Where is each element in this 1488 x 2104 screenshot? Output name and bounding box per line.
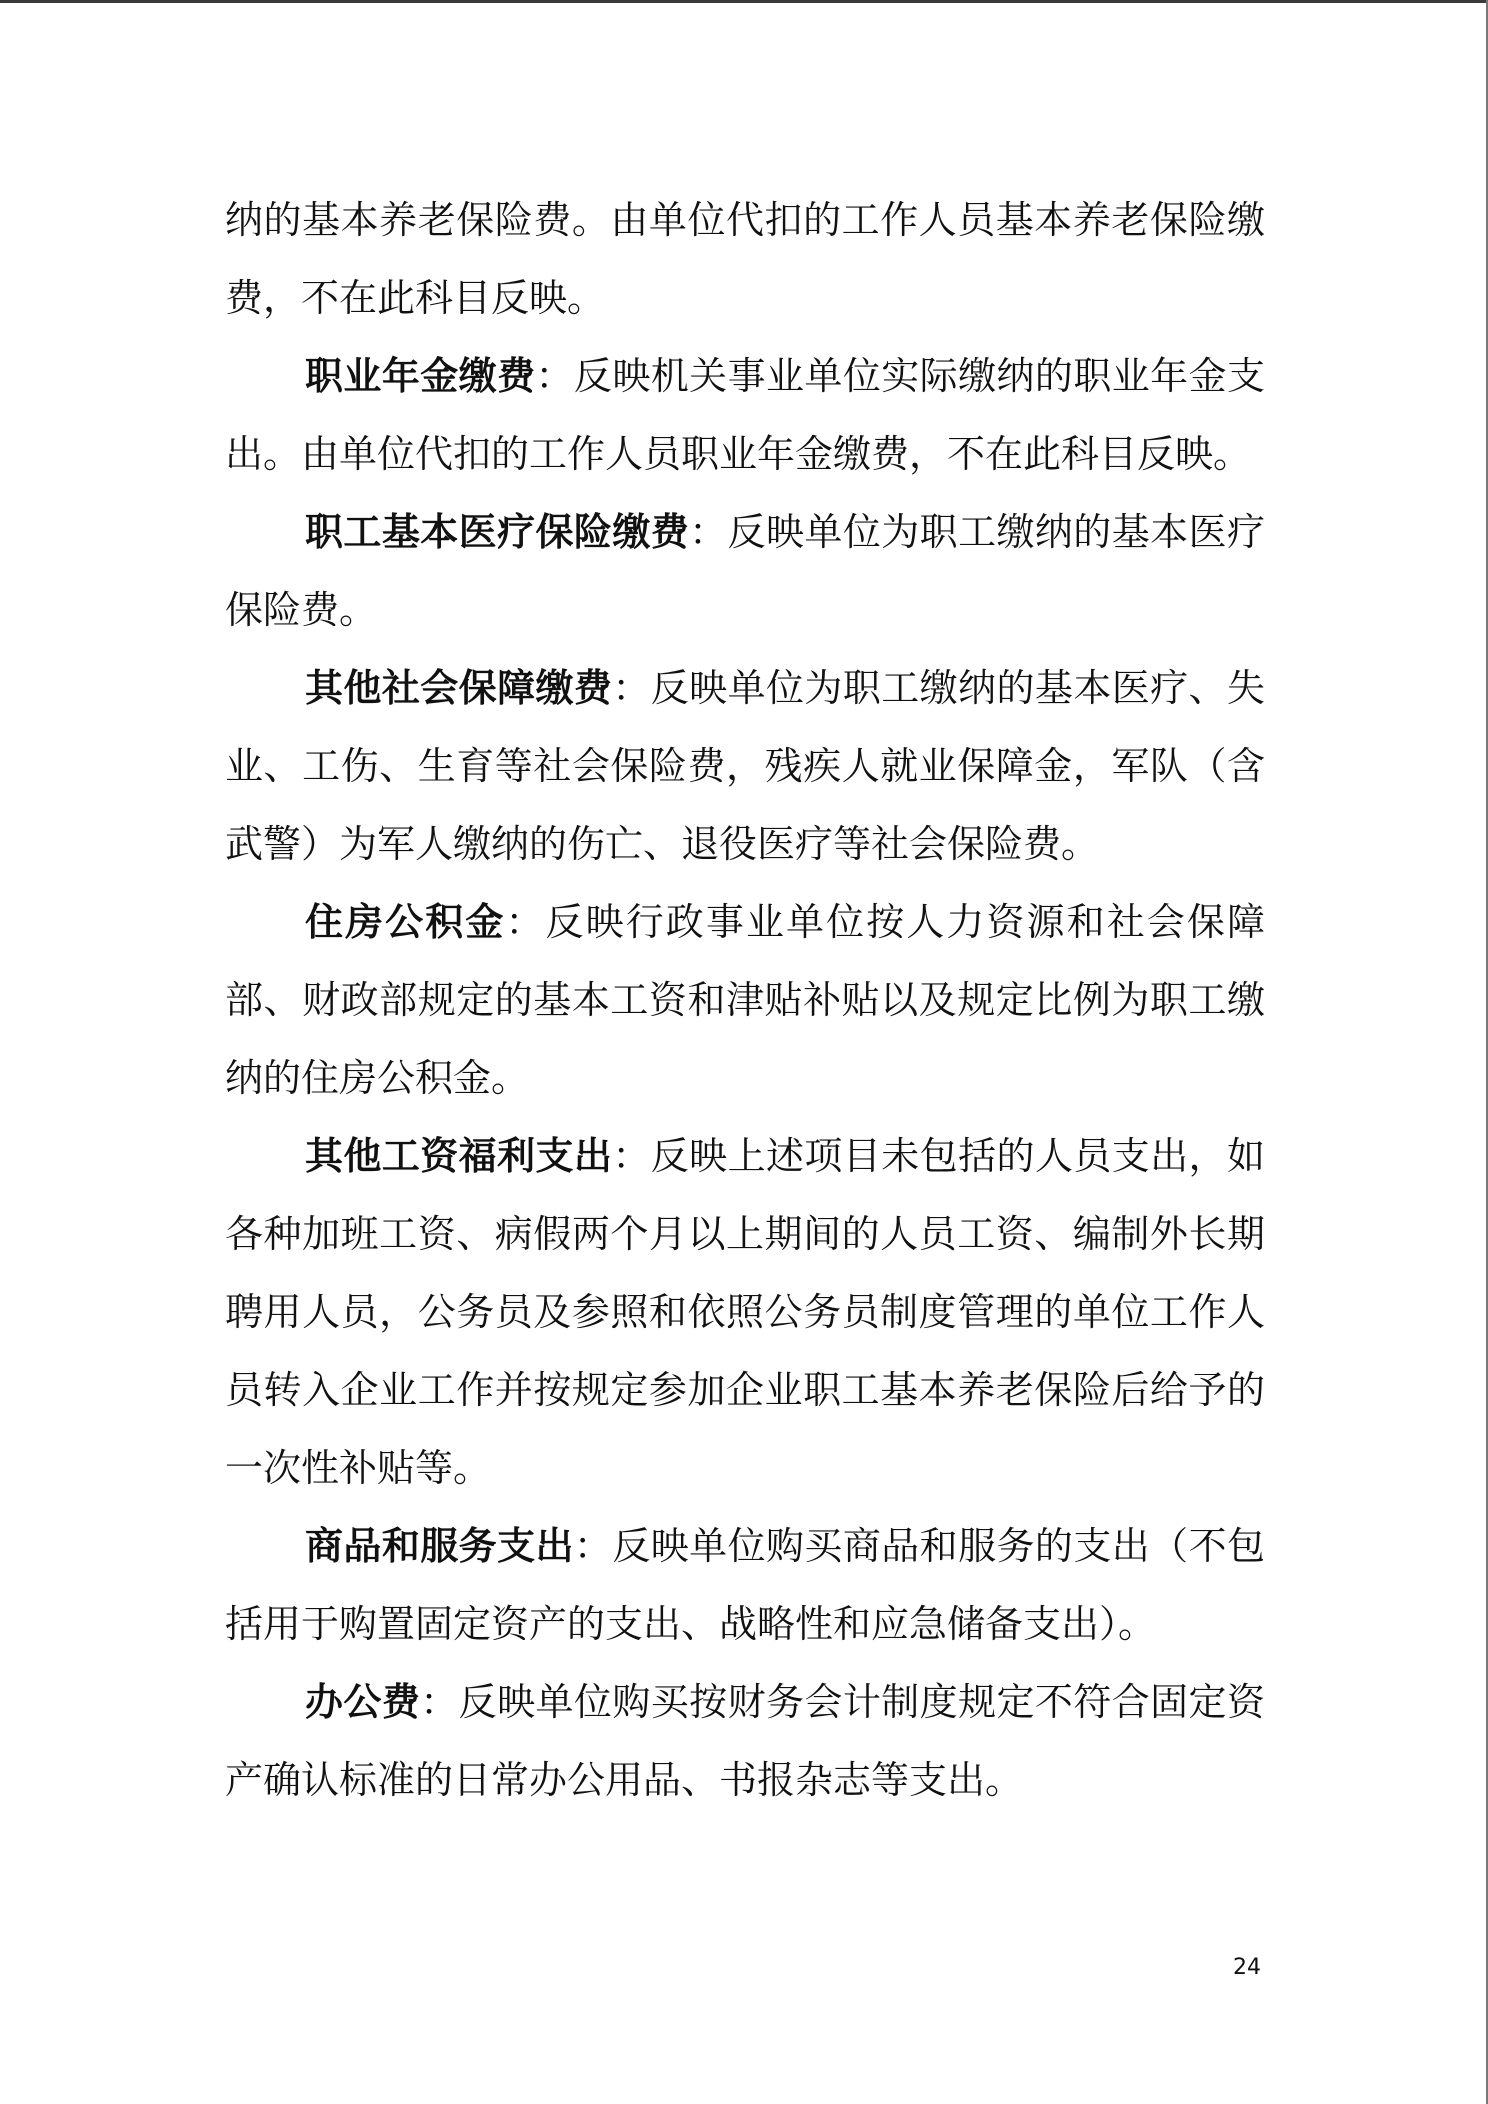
paragraph-housing-fund: 住房公积金：反映行政事业单位按人力资源和社会保障部、财政部规定的基本工资和津贴补… — [225, 883, 1265, 1117]
page-number: 24 — [1233, 1955, 1261, 1980]
paragraph-text: ：反映上述项目未包括的人员支出，如各种加班工资、病假两个月以上期间的人员工资、编… — [225, 1134, 1265, 1490]
term-heading: 办公费 — [305, 1680, 420, 1724]
term-heading: 住房公积金 — [305, 900, 505, 944]
paragraph-other-wage-welfare: 其他工资福利支出：反映上述项目未包括的人员支出，如各种加班工资、病假两个月以上期… — [225, 1117, 1265, 1507]
document-body: 纳的基本养老保险费。由单位代扣的工作人员基本养老保险缴费，不在此科目反映。 职业… — [225, 181, 1265, 1819]
term-heading: 其他工资福利支出 — [305, 1134, 612, 1178]
term-heading: 职业年金缴费 — [305, 354, 536, 398]
paragraph-office-expenses: 办公费：反映单位购买按财务会计制度规定不符合固定资产确认标准的日常办公用品、书报… — [225, 1663, 1265, 1819]
term-heading: 其他社会保障缴费 — [305, 666, 612, 710]
term-heading: 职工基本医疗保险缴费 — [305, 510, 689, 554]
paragraph-text: 纳的基本养老保险费。由单位代扣的工作人员基本养老保险缴费，不在此科目反映。 — [225, 198, 1265, 320]
page-top-border — [0, 0, 1488, 3]
paragraph-goods-services: 商品和服务支出：反映单位购买商品和服务的支出（不包括用于购置固定资产的支出、战略… — [225, 1507, 1265, 1663]
term-heading: 商品和服务支出 — [305, 1524, 574, 1568]
paragraph-other-social-security: 其他社会保障缴费：反映单位为职工缴纳的基本医疗、失业、工伤、生育等社会保险费，残… — [225, 649, 1265, 883]
paragraph-medical-insurance: 职工基本医疗保险缴费：反映单位为职工缴纳的基本医疗保险费。 — [225, 493, 1265, 649]
paragraph-continuation: 纳的基本养老保险费。由单位代扣的工作人员基本养老保险缴费，不在此科目反映。 — [225, 181, 1265, 337]
paragraph-occupational-annuity: 职业年金缴费：反映机关事业单位实际缴纳的职业年金支出。由单位代扣的工作人员职业年… — [225, 337, 1265, 493]
